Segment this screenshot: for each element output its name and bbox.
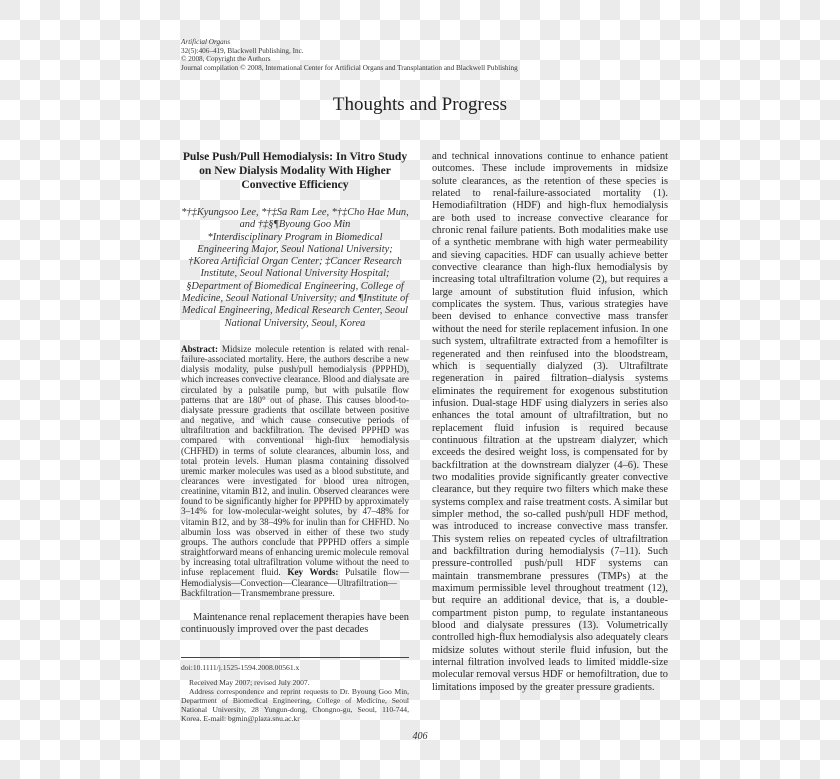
- compilation-line: Journal compilation © 2008, Internationa…: [181, 64, 661, 73]
- page-number: 406: [380, 731, 460, 742]
- abstract-text: Midsize molecule retention is related wi…: [181, 344, 409, 577]
- author-list: *†‡Kyungsoo Lee, *†‡Sa Ram Lee, *†‡Cho H…: [181, 207, 409, 232]
- correspondence-address: Address correspondence and reprint reque…: [181, 687, 409, 723]
- footnotes: doi:10.1111/j.1525-1594.2008.00561.x Rec…: [181, 663, 409, 723]
- abstract-label: Abstract:: [181, 344, 218, 354]
- received-dates: Received May 2007; revised July 2007.: [181, 678, 409, 687]
- keywords-label: Key Words:: [287, 567, 338, 577]
- section-title: Thoughts and Progress: [170, 93, 670, 117]
- footnote-divider: [181, 657, 409, 658]
- right-column: and technical innovations continue to en…: [432, 151, 668, 694]
- volume-pages: 32(5):406–419, Blackwell Publishing, Inc…: [181, 47, 661, 56]
- intro-paragraph-continued: and technical innovations continue to en…: [432, 151, 668, 694]
- abstract: Abstract: Midsize molecule retention is …: [181, 344, 409, 598]
- article-title: Pulse Push/Pull Hemodialysis: In Vitro S…: [181, 150, 409, 192]
- journal-header: Artificial Organs 32(5):406–419, Blackwe…: [181, 38, 661, 72]
- copyright-line: © 2008, Copyright the Authors: [181, 55, 661, 64]
- journal-name: Artificial Organs: [181, 38, 661, 47]
- left-column: Pulse Push/Pull Hemodialysis: In Vitro S…: [181, 150, 409, 723]
- author-block: *†‡Kyungsoo Lee, *†‡Sa Ram Lee, *†‡Cho H…: [181, 207, 409, 330]
- doi[interactable]: doi:10.1111/j.1525-1594.2008.00561.x: [181, 663, 409, 672]
- affiliations: *Interdisciplinary Program in Biomedical…: [181, 232, 409, 330]
- intro-paragraph-start: Maintenance renal replacement therapies …: [181, 612, 409, 637]
